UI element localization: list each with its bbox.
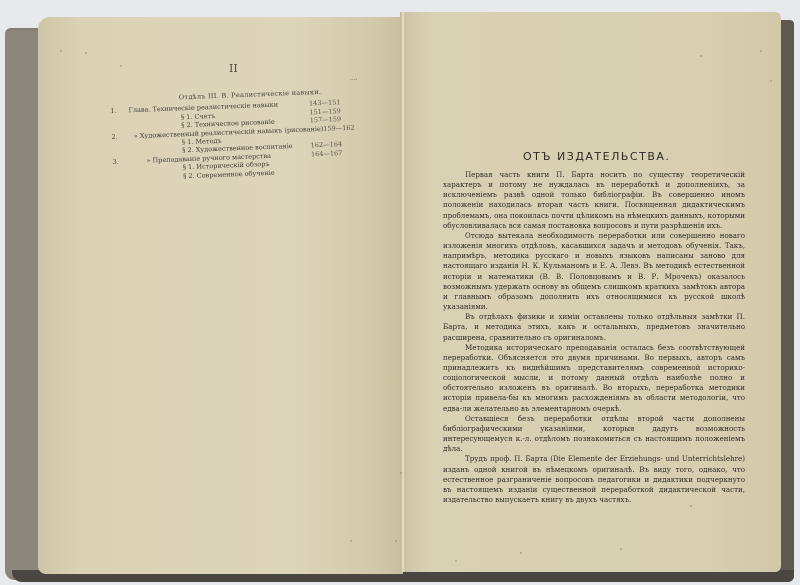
foxing-spot — [760, 50, 762, 52]
foxing-spot — [85, 52, 87, 54]
paragraph: Въ отдѣлахъ физики и химіи оставлены тол… — [443, 312, 745, 342]
signature-mark: ···· — [350, 77, 358, 84]
paragraph: Отсюда вытекала необходимость переработк… — [443, 231, 745, 312]
foxing-spot — [770, 80, 772, 82]
book-cover-right-edge — [780, 20, 794, 580]
foxing-spot — [455, 560, 457, 562]
paragraph: Трудъ проф. П. Барта (Die Elemente der E… — [443, 454, 745, 505]
foxing-spot — [120, 65, 122, 67]
foxing-spot — [700, 55, 702, 57]
publisher-note-body: Первая часть книги П. Барта носитъ по су… — [443, 170, 745, 505]
toc-entry-pages — [303, 166, 343, 176]
foxing-spot — [620, 548, 622, 550]
book-gutter — [400, 12, 406, 572]
toc-entry-number — [113, 174, 131, 183]
paragraph: Первая часть книги П. Барта носитъ по су… — [443, 170, 745, 231]
foxing-spot — [350, 540, 352, 542]
table-of-contents: Отдѣлъ III. В. Реалистическіе навыки. 1.… — [110, 87, 343, 183]
page-heading: ОТЪ ИЗДАТЕЛЬСТВА. — [523, 150, 670, 163]
paragraph: Оставшіеся безъ переработки отдѣлы второ… — [443, 414, 745, 455]
page-number: II — [229, 62, 238, 75]
foxing-spot — [395, 540, 397, 542]
foxing-spot — [690, 505, 692, 507]
foxing-spot — [400, 472, 402, 474]
paragraph: Методика историческаго преподаванія оста… — [443, 343, 745, 414]
foxing-spot — [520, 552, 522, 554]
foxing-spot — [60, 50, 62, 52]
